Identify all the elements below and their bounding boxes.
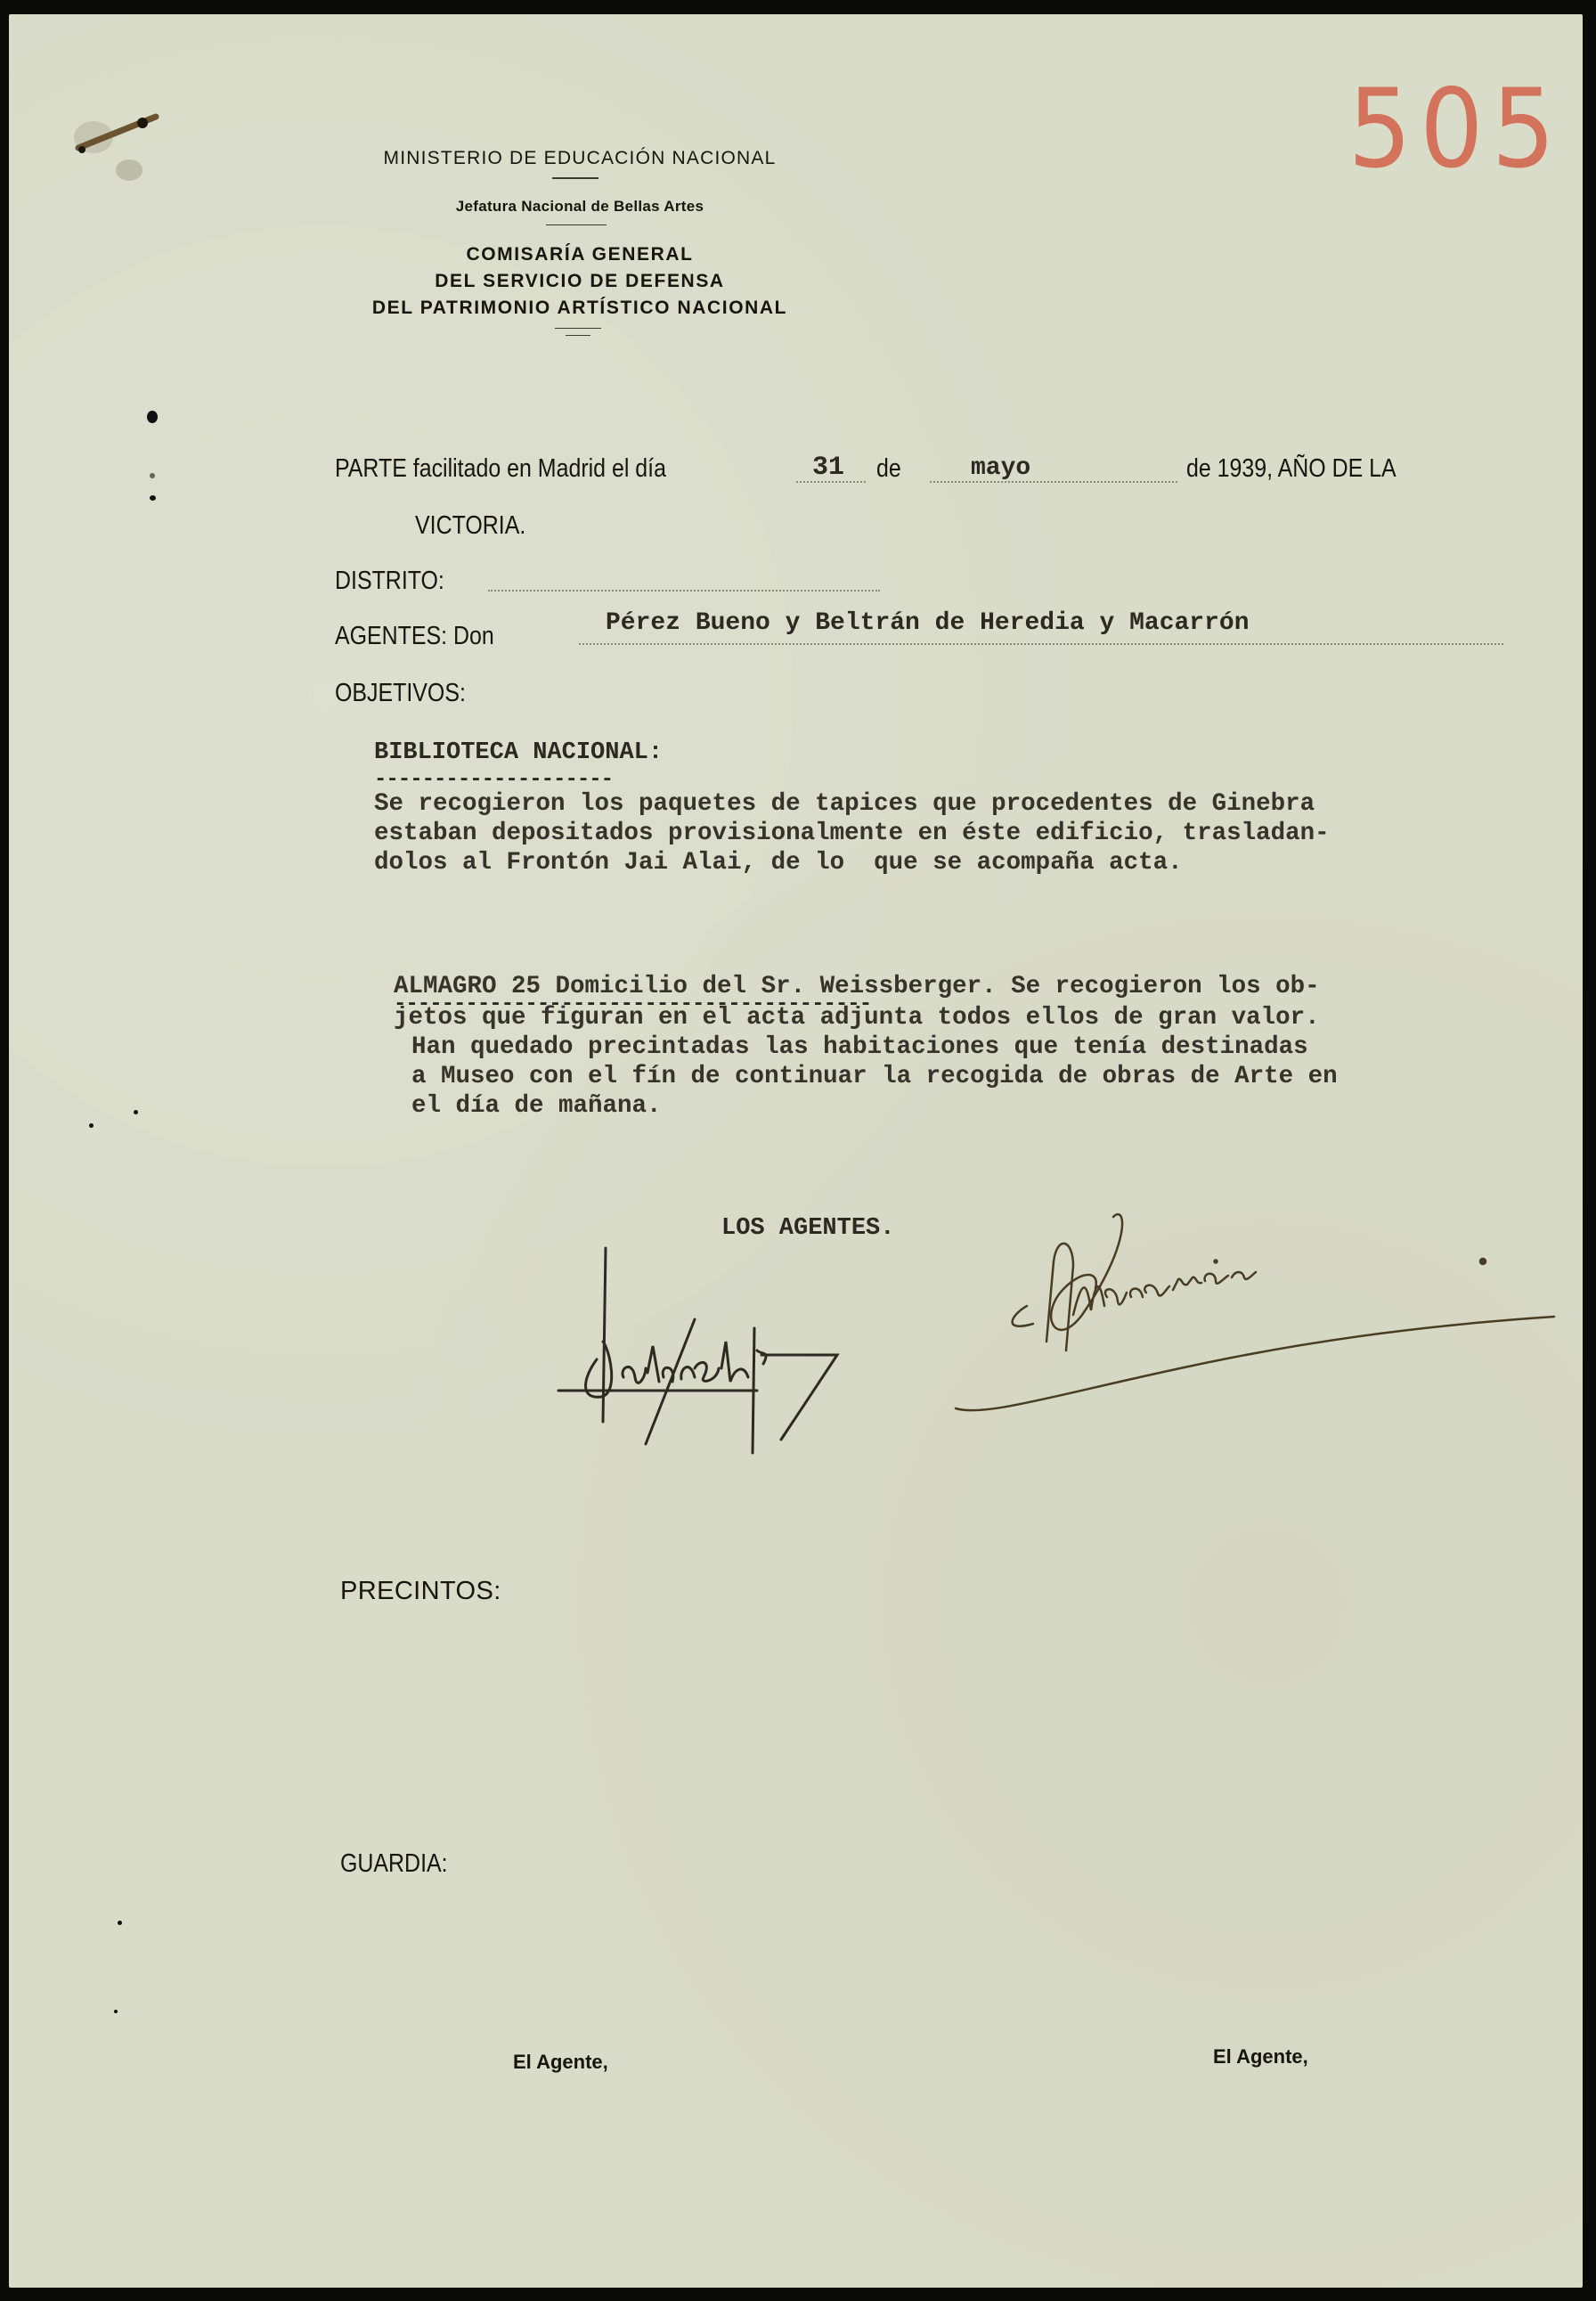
signatures-heading: LOS AGENTES. [721, 1215, 894, 1242]
letterhead-jefatura: Jefatura Nacional de Bellas Artes [9, 198, 1151, 216]
objective-1-line: estaban depositados provisionalmente en … [374, 819, 1330, 848]
agentes-value: Pérez Bueno y Beltrán de Heredia y Macar… [606, 609, 1250, 637]
letterhead-comisaria-line2: DEL SERVICIO DE DEFENSA [9, 271, 1151, 292]
distrito-field[interactable] [488, 590, 880, 592]
divider [566, 335, 590, 336]
speck [150, 495, 156, 501]
divider [555, 328, 601, 329]
precintos-label: PRECINTOS: [340, 1577, 501, 1606]
day-value: 31 [812, 453, 844, 483]
archive-number-stamp: 505 [1348, 66, 1564, 192]
de-label: de [876, 454, 901, 484]
signature-left-icon [548, 1244, 957, 1457]
month-value: mayo [971, 454, 1030, 482]
objective-2-line: a Museo con el fín de continuar la recog… [411, 1062, 1338, 1091]
divider [552, 177, 598, 179]
agentes-dotted-line [579, 643, 1503, 645]
speck [134, 1110, 138, 1114]
letterhead-ministry: MINISTERIO DE EDUCACIÓN NACIONAL [9, 148, 1151, 169]
precintos-field[interactable] [340, 1618, 1498, 1823]
document-page: MINISTERIO DE EDUCACIÓN NACIONAL Jefatur… [9, 14, 1583, 2288]
speck [150, 473, 155, 478]
objective-2-line: Han quedado precintadas las habitaciones… [411, 1032, 1308, 1062]
objective-2-line: jetos que figuran en el acta adjunta tod… [394, 1003, 1320, 1032]
speck [118, 1921, 122, 1925]
letterhead-comisaria-line1: COMISARÍA GENERAL [9, 244, 1151, 265]
day-dotted-line [796, 481, 866, 483]
objective-1-line: Se recogieron los paquetes de tapices qu… [374, 789, 1315, 819]
speck [114, 2010, 118, 2013]
divider [546, 224, 607, 225]
hole-punch-mark [147, 411, 158, 423]
letterhead-comisaria-line3: DEL PATRIMONIO ARTÍSTICO NACIONAL [9, 298, 1151, 319]
guardia-field[interactable] [340, 1885, 1498, 2028]
parte-label: PARTE facilitado en Madrid el día [335, 454, 666, 484]
objective-1-underline: -------------------- [374, 768, 613, 792]
objetivos-label: OBJETIVOS: [335, 679, 466, 708]
speck [89, 1123, 94, 1128]
guardia-label: GUARDIA: [340, 1849, 448, 1879]
agentes-label: AGENTES: Don [335, 622, 494, 651]
agent-right-label: El Agente, [1213, 2045, 1308, 2068]
month-dotted-line [930, 481, 1177, 483]
distrito-label: DISTRITO: [335, 567, 444, 596]
year-label: de 1939, AÑO DE LA [1186, 454, 1396, 484]
agent-left-label: El Agente, [513, 2051, 608, 2074]
objective-2-line: el día de mañana. [411, 1091, 662, 1121]
objective-1-line: dolos al Frontón Jai Alai, de lo que se … [374, 848, 1183, 877]
victoria-label: VICTORIA. [415, 511, 525, 541]
objective-1-title: BIBLIOTECA NACIONAL: [374, 739, 663, 766]
signature-right-icon [949, 1208, 1563, 1413]
